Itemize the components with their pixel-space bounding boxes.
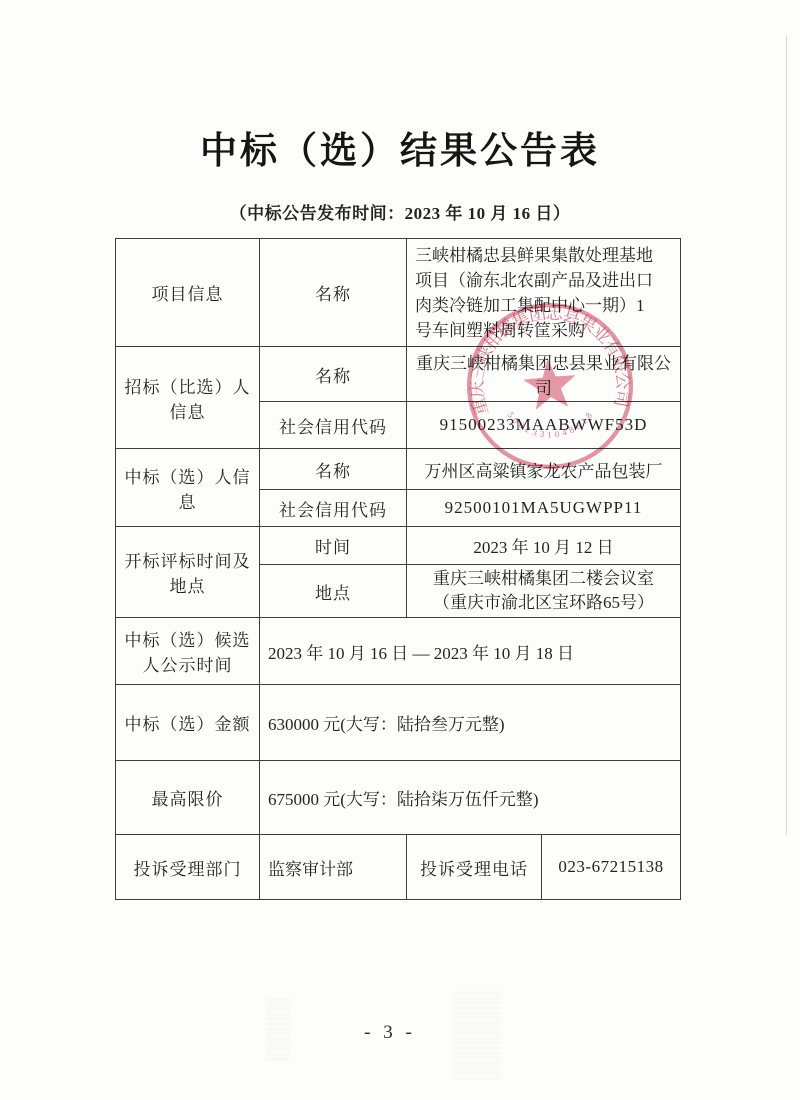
winner-code-label: 社会信用代码 xyxy=(260,490,407,527)
project-info-label: 项目信息 xyxy=(116,239,260,347)
complaint-dept-value: 监察审计部 xyxy=(260,835,407,900)
tenderer-code-label: 社会信用代码 xyxy=(260,402,407,449)
winner-code-value: 92500101MA5UGWPP11 xyxy=(407,490,681,527)
opening-label: 开标评标时间及 地点 xyxy=(116,527,260,618)
scan-paper-edge xyxy=(786,35,787,835)
complaint-phone-value: 023-67215138 xyxy=(542,835,681,900)
bid-result-table: 项目信息 名称 三峡柑橘忠县鲜果集散处理基地 项目（渝东北农副产品及进出口 肉类… xyxy=(115,238,681,900)
table-row-winner-name: 中标（选）人信 息 名称 万州区高粱镇家龙农产品包装厂 xyxy=(116,449,681,490)
amount-label: 中标（选）金额 xyxy=(116,685,260,761)
winner-name-value: 万州区高粱镇家龙农产品包装厂 xyxy=(407,449,681,490)
complaint-dept-label: 投诉受理部门 xyxy=(116,835,260,900)
opening-place-label: 地点 xyxy=(260,565,407,618)
amount-value: 630000 元(大写：陆拾叁万元整) xyxy=(260,685,681,761)
document-title: 中标（选）结果公告表 xyxy=(0,120,800,174)
publicity-value: 2023 年 10 月 16 日 — 2023 年 10 月 18 日 xyxy=(260,618,681,685)
table-row-project: 项目信息 名称 三峡柑橘忠县鲜果集散处理基地 项目（渝东北农副产品及进出口 肉类… xyxy=(116,239,681,347)
project-name-value: 三峡柑橘忠县鲜果集散处理基地 项目（渝东北农副产品及进出口 肉类冷链加工集配中心… xyxy=(407,239,681,347)
scan-artifact xyxy=(266,998,290,1060)
opening-time-value: 2023 年 10 月 12 日 xyxy=(407,527,681,565)
opening-place-value: 重庆三峡柑橘集团二楼会议室 （重庆市渝北区宝环路65号） xyxy=(407,565,681,618)
table-row-tenderer-name: 招标（比选）人 信息 名称 重庆三峡柑橘集团忠县果业有限公司 xyxy=(116,347,681,402)
tenderer-code-value: 91500233MAABWWF53D xyxy=(407,402,681,449)
page-number: - 3 - xyxy=(0,1022,780,1044)
announcement-date-subtitle: （中标公告发布时间：2023 年 10 月 16 日） xyxy=(0,199,800,224)
scan-artifact xyxy=(453,992,501,1080)
complaint-phone-label: 投诉受理电话 xyxy=(407,835,542,900)
scanned-document-page: 中标（选）结果公告表 （中标公告发布时间：2023 年 10 月 16 日） 项… xyxy=(0,0,800,1100)
opening-time-label: 时间 xyxy=(260,527,407,565)
max-price-label: 最高限价 xyxy=(116,761,260,835)
table-row-amount: 中标（选）金额 630000 元(大写：陆拾叁万元整) xyxy=(116,685,681,761)
table-row-complaint: 投诉受理部门 监察审计部 投诉受理电话 023-67215138 xyxy=(116,835,681,900)
tenderer-name-label: 名称 xyxy=(260,347,407,402)
max-price-value: 675000 元(大写：陆拾柒万伍仟元整) xyxy=(260,761,681,835)
publicity-label: 中标（选）候选 人公示时间 xyxy=(116,618,260,685)
winner-name-label: 名称 xyxy=(260,449,407,490)
table-row-opening-time: 开标评标时间及 地点 时间 2023 年 10 月 12 日 xyxy=(116,527,681,565)
project-name-label: 名称 xyxy=(260,239,407,347)
winner-info-label: 中标（选）人信 息 xyxy=(116,449,260,527)
table-row-max-price: 最高限价 675000 元(大写：陆拾柒万伍仟元整) xyxy=(116,761,681,835)
tenderer-info-label: 招标（比选）人 信息 xyxy=(116,347,260,449)
tenderer-name-value: 重庆三峡柑橘集团忠县果业有限公司 xyxy=(407,347,681,402)
table-row-publicity: 中标（选）候选 人公示时间 2023 年 10 月 16 日 — 2023 年 … xyxy=(116,618,681,685)
